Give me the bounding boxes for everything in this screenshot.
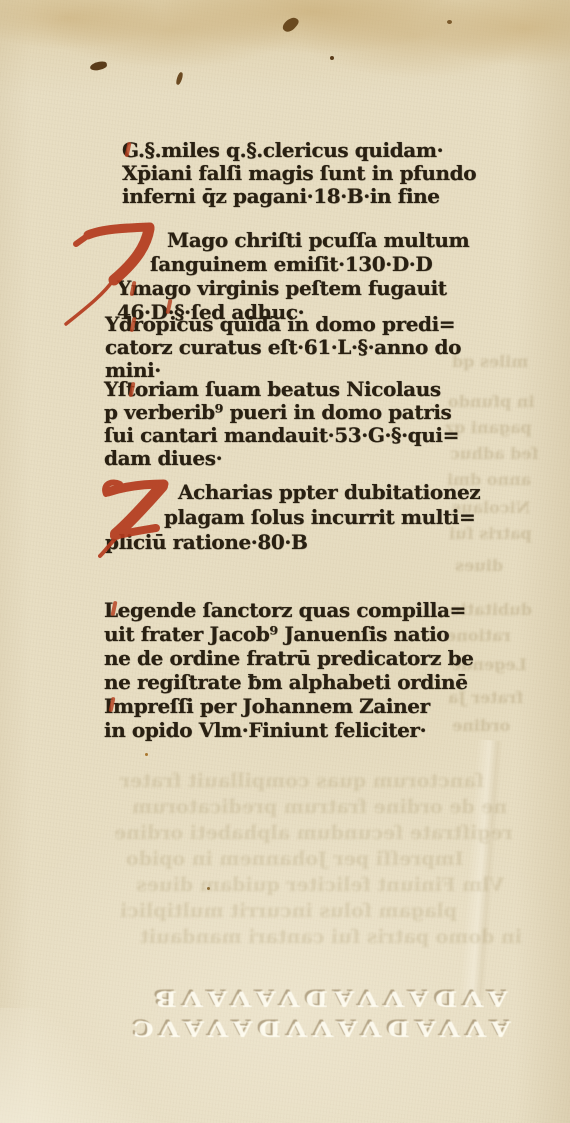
- text-line: Impreſſi per Johannem Zainer: [104, 695, 473, 719]
- text-line: ne regiſtrate ƀm alphabeti ordinē: [104, 671, 473, 695]
- incunabulum-page: miles qd in pfundo pagani qz ſed adhuc a…: [0, 0, 570, 1123]
- text-line: Xp̄iani falſi magis ſunt in pfundo: [122, 162, 476, 185]
- ink-speck: [330, 56, 334, 60]
- ink-speck: [89, 61, 107, 72]
- show-through-line: ne de ordine fratrum predicatorum: [132, 796, 507, 818]
- ink-speck: [175, 72, 184, 86]
- ink-speck: [145, 753, 148, 756]
- text-line: Ydropicus quidā in domo predi=: [105, 313, 461, 336]
- blind-impression-row: AVDAVVADVAVAVB: [148, 985, 507, 1010]
- show-through-fragment: miles qd: [452, 352, 528, 371]
- text-line: catorz curatus eſt·61·L·§·anno do: [105, 336, 461, 359]
- text-line: dam diues·: [104, 447, 459, 470]
- text-block-entry-3: Ydropicus quidā in domo predi= catorz cu…: [105, 313, 461, 382]
- text-block-entry-4: Yſtoriam ſuam beatus Nicolaus p verberib…: [104, 378, 459, 470]
- text-line: Legende ſanctorz quas compilla=: [104, 599, 473, 623]
- show-through-fragment: diues: [455, 556, 503, 575]
- show-through-fragment: ſed adhuc: [450, 444, 538, 463]
- rubricated-initial-Z: [98, 476, 180, 561]
- text-line: Yſtoriam ſuam beatus Nicolaus: [104, 378, 459, 401]
- blind-impression-row: AVVADVAVVDAVAVC: [126, 1015, 510, 1040]
- show-through-line: ſanctorum quas compillauit frater: [120, 770, 484, 792]
- ink-speck: [447, 20, 452, 24]
- text-block-colophon: Legende ſanctorz quas compilla= uit frat…: [104, 599, 473, 743]
- show-through-fragment: in pfundo: [448, 392, 534, 411]
- text-line: in opido Vlm·Finiunt feliciter·: [104, 719, 473, 743]
- text-block-entry-1: G.§.miles q.§.clericus quidam· Xp̄iani f…: [122, 139, 476, 208]
- show-through-line: Vlm Finiunt feliciter quidam diues: [136, 874, 504, 896]
- text-line: G.§.miles q.§.clericus quidam·: [122, 139, 476, 162]
- show-through-line: plagam ſolus incurrit multiplici: [120, 900, 457, 922]
- show-through-line: regiſtrate ſecundum alphabeti ordine: [114, 822, 513, 844]
- text-line: uit frater Jacob⁹ Januenſis natio: [104, 623, 473, 647]
- text-line: ne de ordine fratrū predicatorz be: [104, 647, 473, 671]
- show-through-line: in domo patris ſui cantari mandauit: [140, 926, 522, 948]
- show-through-line: Impreſſi per Johannem in opido: [126, 848, 464, 870]
- text-line: inferni q̄z pagani·18·B·in fine: [122, 185, 476, 208]
- text-line: ſui cantari mandauit·53·G·§·qui=: [104, 424, 459, 447]
- text-line: p verberib⁹ pueri in domo patris: [104, 401, 459, 424]
- ink-speck: [281, 14, 300, 34]
